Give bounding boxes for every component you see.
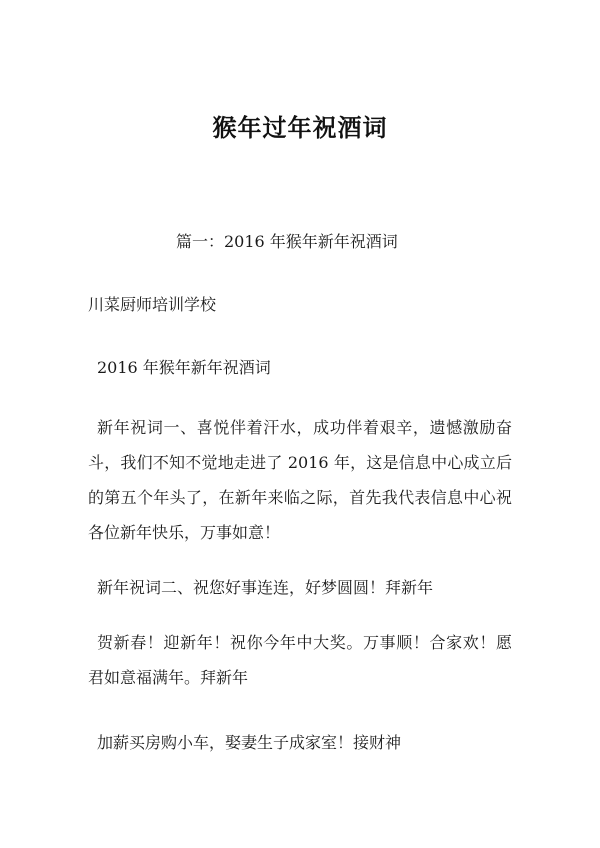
section-subtitle: 篇一：2016 年猴年新年祝酒词 — [176, 229, 398, 252]
section-heading: 2016 年猴年新年祝酒词 — [97, 355, 271, 378]
paragraph-greeting-4: 加薪买房购小车，娶妻生子成家室！接财神 — [88, 725, 512, 760]
paragraph-greeting-3: 贺新春！迎新年！祝你今年中大奖。万事顺！合家欢！愿君如意福满年。拜新年 — [88, 625, 512, 695]
document-title: 猴年过年祝酒词 — [0, 108, 600, 143]
paragraph-greeting-1: 新年祝词一、喜悦伴着汗水，成功伴着艰辛，遗憾激励奋斗，我们不知不觉地走进了 20… — [88, 410, 512, 550]
paragraph-greeting-2: 新年祝词二、祝您好事连连，好梦圆圆！拜新年 — [88, 570, 512, 605]
document-page: 猴年过年祝酒词 篇一：2016 年猴年新年祝酒词 川菜厨师培训学校 2016 年… — [0, 0, 600, 848]
school-name: 川菜厨师培训学校 — [88, 292, 216, 315]
